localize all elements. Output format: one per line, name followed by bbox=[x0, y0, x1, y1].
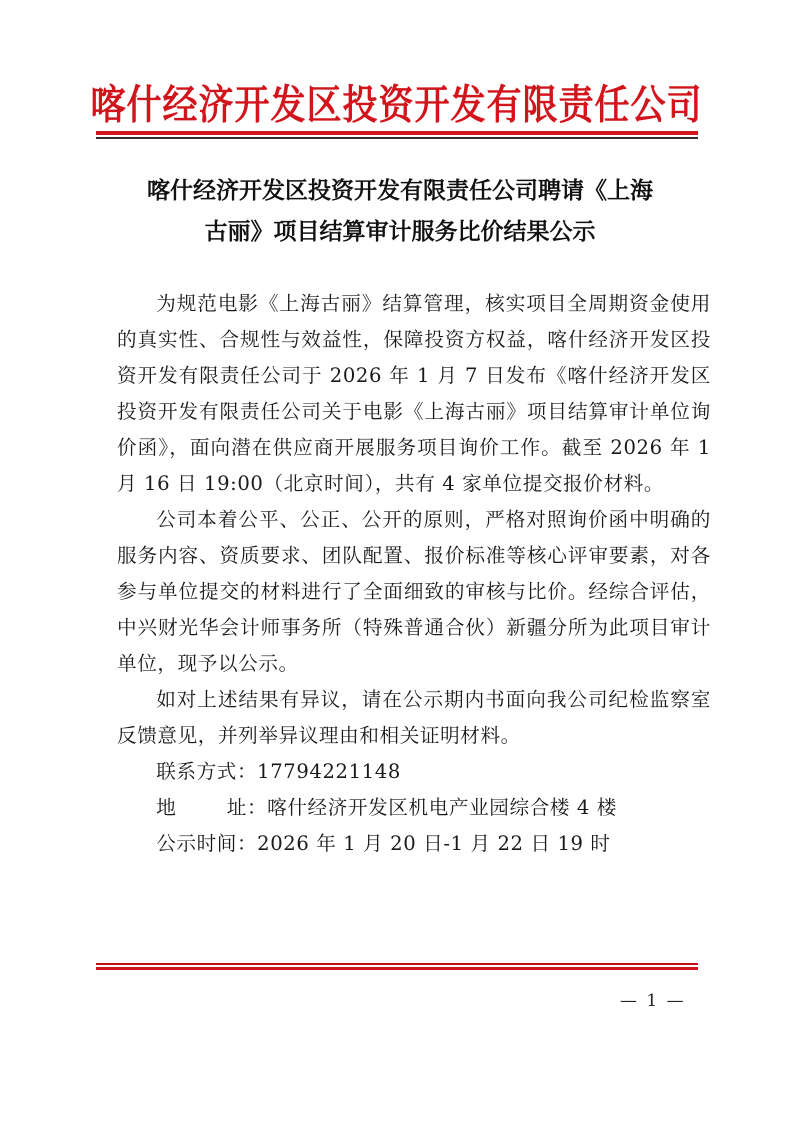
contact-address-label-2: 址： bbox=[227, 790, 267, 826]
publicity-period-value: 2026 年 1 月 20 日-1 月 22 日 19 时 bbox=[257, 832, 610, 855]
body-paragraph-evaluation: 公司本着公平、公正、公开的原则，严格对照询价函中明确的服务内容、资质要求、团队配… bbox=[117, 502, 711, 682]
publicity-period-label: 公示时间： bbox=[156, 826, 257, 862]
letterhead-company-name: 喀什经济开发区投资开发有限责任公司 bbox=[0, 83, 793, 129]
document-title: 喀什经济开发区投资开发有限责任公司聘请《上海 古丽》项目结算审计服务比价结果公示 bbox=[100, 170, 700, 252]
document-page: 喀什经济开发区投资开发有限责任公司 喀什经济开发区投资开发有限责任公司聘请《上海… bbox=[0, 0, 793, 1122]
document-body: 为规范电影《上海古丽》结算管理，核实项目全周期资金使用的真实性、合规性与效益性，… bbox=[117, 286, 711, 862]
contact-address-value: 喀什经济开发区机电产业园综合楼 4 楼 bbox=[267, 796, 617, 819]
publicity-period-row: 公示时间：2026 年 1 月 20 日-1 月 22 日 19 时 bbox=[117, 826, 711, 862]
document-title-line-1: 喀什经济开发区投资开发有限责任公司聘请《上海 bbox=[100, 170, 700, 211]
body-paragraph-background: 为规范电影《上海古丽》结算管理，核实项目全周期资金使用的真实性、合规性与效益性，… bbox=[117, 286, 711, 502]
contact-phone-label: 联系方式： bbox=[156, 754, 257, 790]
letterhead-dark-rule bbox=[96, 137, 698, 139]
footer-thick-rule bbox=[96, 967, 698, 970]
page-number: — 1 — bbox=[620, 991, 686, 1011]
document-title-line-2: 古丽》项目结算审计服务比价结果公示 bbox=[100, 211, 700, 252]
contact-address-label-1: 地 bbox=[156, 790, 227, 826]
contact-phone-value: 17794221148 bbox=[257, 760, 401, 783]
letterhead-divider bbox=[96, 131, 698, 139]
contact-phone-row: 联系方式：17794221148 bbox=[117, 754, 711, 790]
body-paragraph-objection: 如对上述结果有异议，请在公示期内书面向我公司纪检监察室反馈意见，并列举异议理由和… bbox=[117, 682, 711, 754]
contact-address-row: 地址：喀什经济开发区机电产业园综合楼 4 楼 bbox=[117, 790, 711, 826]
footer-divider bbox=[96, 963, 698, 970]
